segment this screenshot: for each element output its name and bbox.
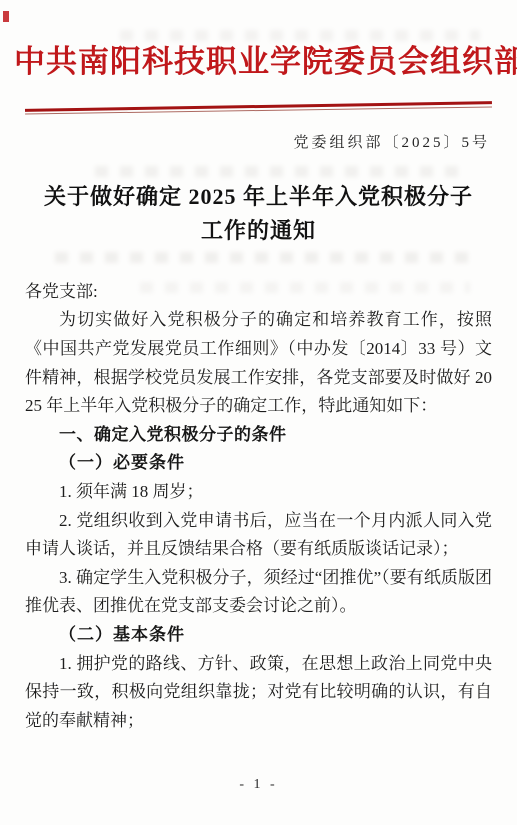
document-page: 中共南阳科技职业学院委员会组织部 党委组织部〔2025〕5号 关于做好确定 20… bbox=[0, 0, 517, 825]
document-title-line1: 关于做好确定 2025 年上半年入党积极分子 bbox=[44, 184, 473, 209]
subsection-2-heading: （二）基本条件 bbox=[25, 621, 492, 650]
document-number: 党委组织部〔2025〕5号 bbox=[0, 131, 490, 152]
page-number: - 1 - bbox=[0, 777, 517, 793]
scan-artifact-mark bbox=[3, 11, 9, 22]
section-1-heading: 一、确定入党积极分子的条件 bbox=[25, 421, 492, 450]
issuing-org-title: 中共南阳科技职业学院委员会组织部 bbox=[14, 0, 503, 80]
document-title-line2: 工作的通知 bbox=[201, 218, 316, 243]
condition-item-4: 1. 拥护党的路线、方针、政策，在思想上政治上同党中央保持一致，积极向党组织靠拢… bbox=[25, 650, 492, 736]
bleedthrough-smudge bbox=[95, 166, 465, 177]
subsection-1-heading: （一）必要条件 bbox=[25, 449, 492, 478]
salutation: 各党支部: bbox=[25, 278, 492, 307]
intro-paragraph: 为切实做好入党积极分子的确定和培养教育工作，按照《中国共产党发展党员工作细则》（… bbox=[25, 306, 492, 420]
condition-item-1: 1. 须年满 18 周岁； bbox=[25, 478, 492, 507]
header-divider-line bbox=[25, 101, 492, 115]
condition-item-2: 2. 党组织收到入党申请书后，应当在一个月内派人同入党申请人谈话，并且反馈结果合… bbox=[25, 507, 492, 564]
bleedthrough-smudge bbox=[55, 252, 475, 263]
document-body: 各党支部: 为切实做好入党积极分子的确定和培养教育工作，按照《中国共产党发展党员… bbox=[25, 278, 492, 736]
document-title: 关于做好确定 2025 年上半年入党积极分子 工作的通知 bbox=[40, 180, 477, 248]
condition-item-3: 3. 确定学生入党积极分子，须经过“团推优”（要有纸质版团推优表、团推优在党支部… bbox=[25, 564, 492, 621]
